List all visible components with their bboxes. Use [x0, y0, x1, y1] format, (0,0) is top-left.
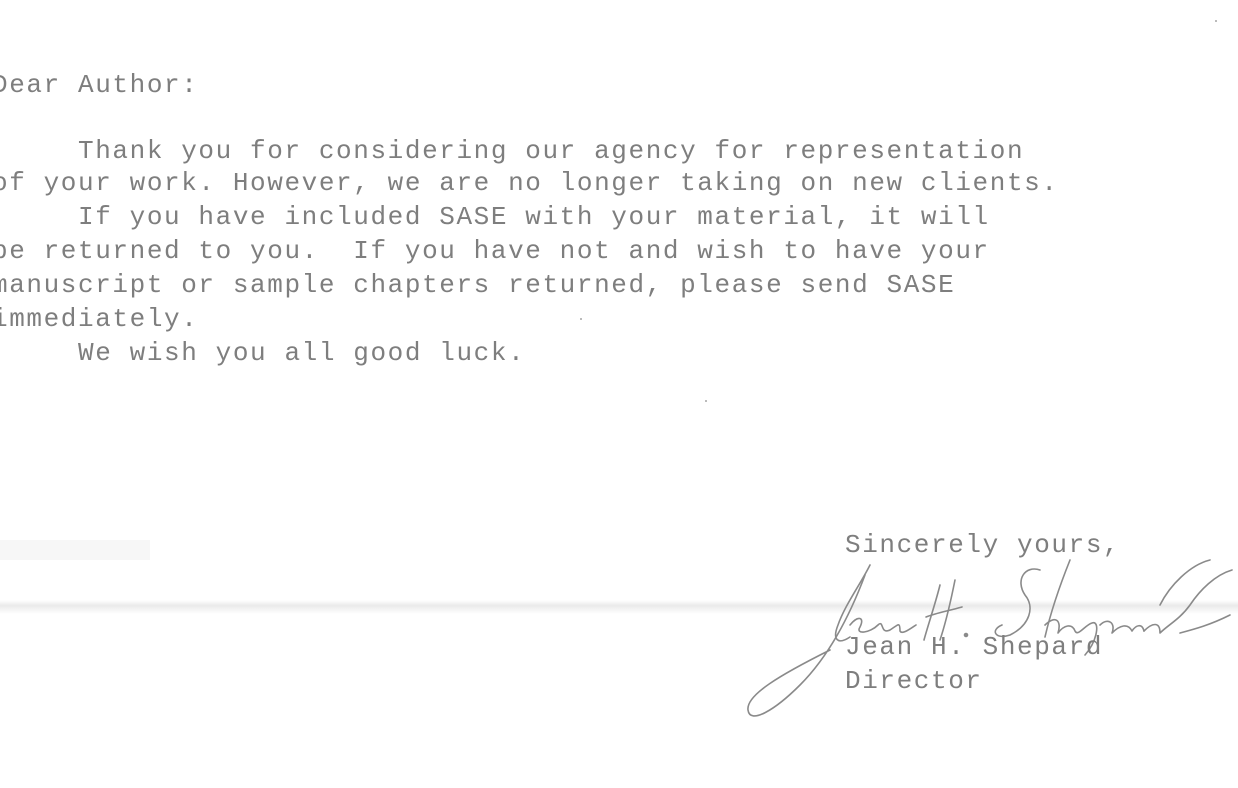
body-line: We wish you all good luck. [0, 338, 525, 368]
letter-page: Dear Author: Thank you for considering o… [0, 0, 1238, 788]
signatory-name: Jean H. Shepard [845, 632, 1103, 662]
body-line: manuscript or sample chapters returned, … [0, 270, 955, 300]
body-line: be returned to you. If you have not and … [0, 236, 990, 266]
body-line: If you have included SASE with your mate… [0, 202, 990, 232]
body-line: of your work. However, we are no longer … [0, 168, 1059, 198]
salutation: Dear Author: [0, 70, 198, 100]
body-line: immediately. [0, 304, 198, 334]
body-line: Thank you for considering our agency for… [0, 136, 1024, 166]
scan-speck [580, 318, 582, 320]
signatory-title: Director [845, 666, 983, 696]
scan-speck [705, 400, 707, 402]
scan-speck [1215, 20, 1217, 22]
scan-smudge [0, 540, 150, 560]
